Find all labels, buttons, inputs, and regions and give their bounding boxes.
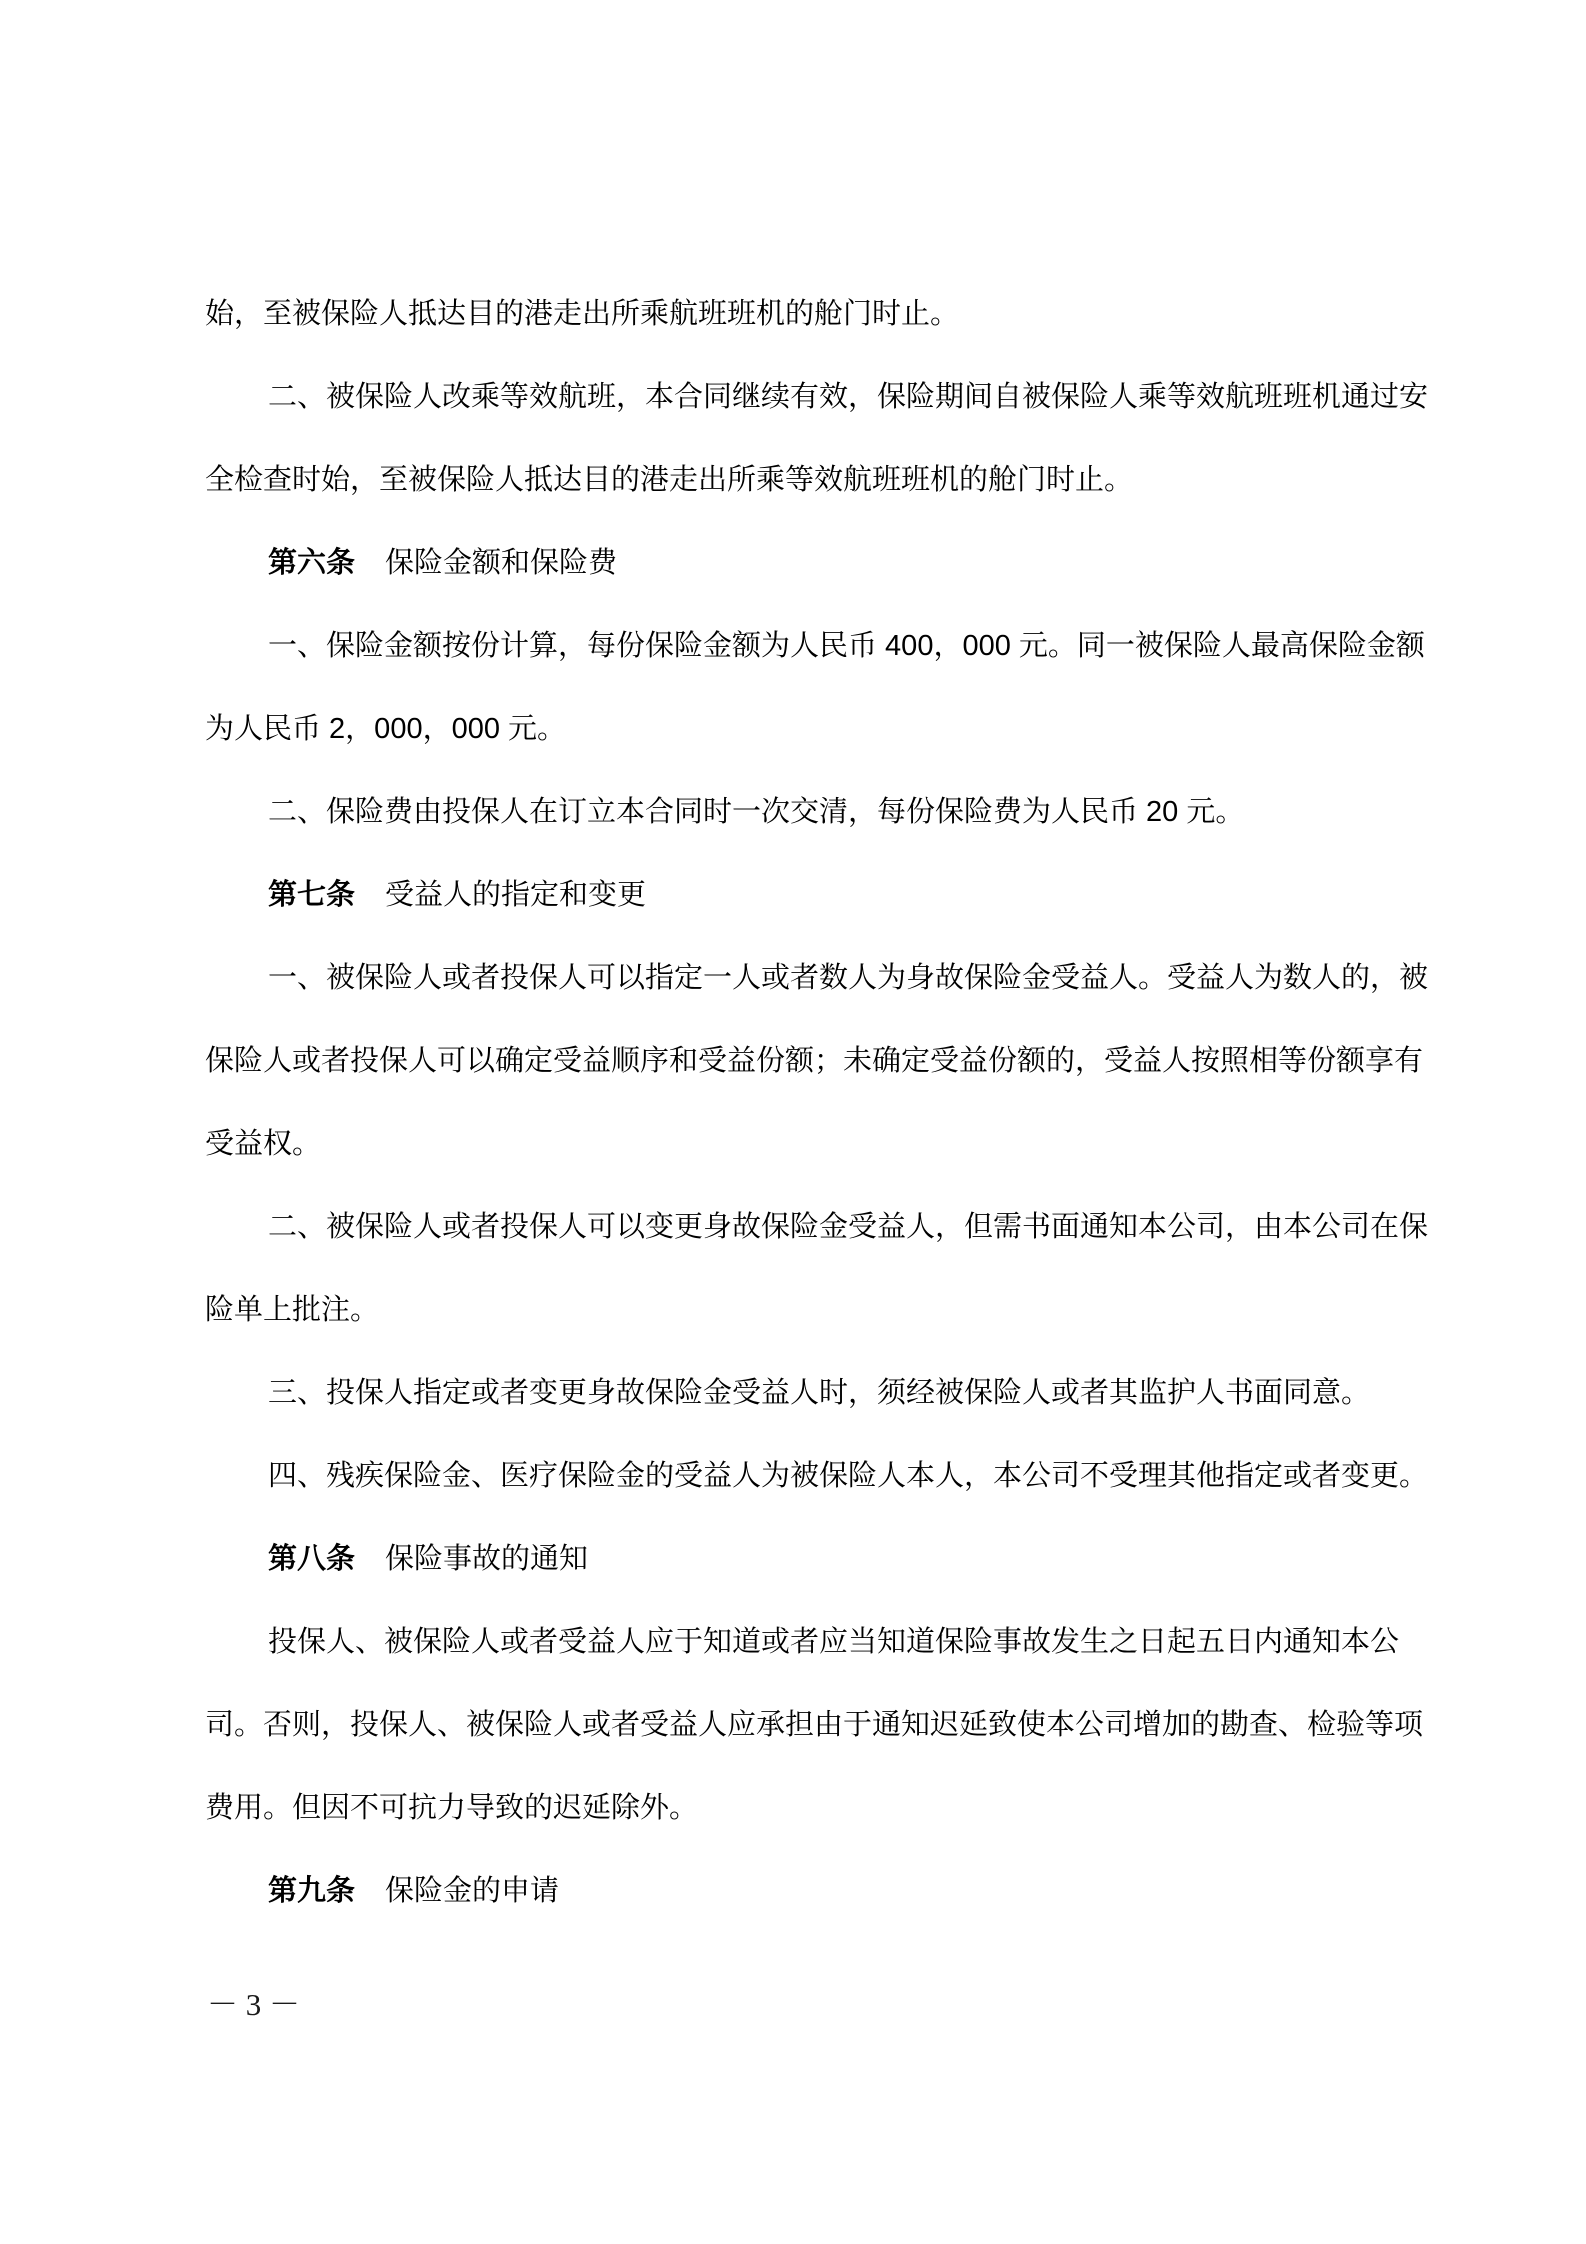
line-text: 受益权。 bbox=[205, 1128, 321, 1160]
text-line: 为人民币 2，000，000 元。 bbox=[205, 688, 1420, 771]
text-line: 二、被保险人改乘等效航班，本合同继续有效，保险期间自被保险人乘等效航班班机通过安 bbox=[205, 356, 1420, 439]
text-line: 费用。但因不可抗力导致的迟延除外。 bbox=[205, 1767, 1420, 1850]
line-text: 二、保险费由投保人在订立本合同时一次交清，每份保险费为人民币 20 元。 bbox=[268, 796, 1244, 828]
line-text: 保险人或者投保人可以确定受益顺序和受益份额；未确定受益份额的，受益人按照相等份额… bbox=[205, 1045, 1423, 1077]
line-text: 三、投保人指定或者变更身故保险金受益人时，须经被保险人或者其监护人书面同意。 bbox=[268, 1377, 1370, 1409]
text-line: 保险人或者投保人可以确定受益顺序和受益份额；未确定受益份额的，受益人按照相等份额… bbox=[205, 1020, 1420, 1103]
text-line: 投保人、被保险人或者受益人应于知道或者应当知道保险事故发生之日起五日内通知本公 bbox=[205, 1601, 1420, 1684]
line-text: 四、残疾保险金、医疗保险金的受益人为被保险人本人，本公司不受理其他指定或者变更。 bbox=[268, 1460, 1428, 1492]
article-title: 受益人的指定和变更 bbox=[385, 879, 646, 911]
text-line: 全检查时始，至被保险人抵达目的港走出所乘等效航班班机的舱门时止。 bbox=[205, 439, 1420, 522]
text-line: 险单上批注。 bbox=[205, 1269, 1420, 1352]
text-line: 一、保险金额按份计算，每份保险金额为人民币 400，000 元。同一被保险人最高… bbox=[205, 605, 1420, 688]
article-heading-line: 第六条保险金额和保险费 bbox=[205, 522, 1420, 605]
line-text: 全检查时始，至被保险人抵达目的港走出所乘等效航班班机的舱门时止。 bbox=[205, 464, 1133, 496]
line-text: 为人民币 2，000，000 元。 bbox=[205, 713, 566, 745]
line-text: 二、被保险人或者投保人可以变更身故保险金受益人，但需书面通知本公司，由本公司在保 bbox=[268, 1211, 1428, 1243]
text-line: 一、被保险人或者投保人可以指定一人或者数人为身故保险金受益人。受益人为数人的，被 bbox=[205, 937, 1420, 1020]
article-heading-line: 第七条受益人的指定和变更 bbox=[205, 854, 1420, 937]
line-text: 始，至被保险人抵达目的港走出所乘航班班机的舱门时止。 bbox=[205, 298, 959, 330]
article-heading-line: 第九条保险金的申请 bbox=[205, 1850, 1420, 1933]
article-heading-line: 第八条保险事故的通知 bbox=[205, 1518, 1420, 1601]
text-line: 四、残疾保险金、医疗保险金的受益人为被保险人本人，本公司不受理其他指定或者变更。 bbox=[205, 1435, 1420, 1518]
article-number-label: 第七条 bbox=[268, 879, 355, 911]
article-number-label: 第六条 bbox=[268, 547, 355, 579]
text-block: 始，至被保险人抵达目的港走出所乘航班班机的舱门时止。二、被保险人改乘等效航班，本… bbox=[205, 273, 1420, 1933]
line-text: 一、保险金额按份计算，每份保险金额为人民币 400，000 元。同一被保险人最高… bbox=[268, 630, 1425, 662]
article-title: 保险事故的通知 bbox=[385, 1543, 588, 1575]
text-line: 始，至被保险人抵达目的港走出所乘航班班机的舱门时止。 bbox=[205, 273, 1420, 356]
text-line: 三、投保人指定或者变更身故保险金受益人时，须经被保险人或者其监护人书面同意。 bbox=[205, 1352, 1420, 1435]
line-text: 费用。但因不可抗力导致的迟延除外。 bbox=[205, 1792, 698, 1824]
article-number-label: 第九条 bbox=[268, 1875, 355, 1907]
text-line: 受益权。 bbox=[205, 1103, 1420, 1186]
article-title: 保险金的申请 bbox=[385, 1875, 559, 1907]
article-title: 保险金额和保险费 bbox=[385, 547, 617, 579]
line-text: 一、被保险人或者投保人可以指定一人或者数人为身故保险金受益人。受益人为数人的，被 bbox=[268, 962, 1428, 994]
text-line: 二、被保险人或者投保人可以变更身故保险金受益人，但需书面通知本公司，由本公司在保 bbox=[205, 1186, 1420, 1269]
line-text: 司。否则，投保人、被保险人或者受益人应承担由于通知迟延致使本公司增加的勘查、检验… bbox=[205, 1709, 1423, 1741]
article-number-label: 第八条 bbox=[268, 1543, 355, 1575]
line-text: 投保人、被保险人或者受益人应于知道或者应当知道保险事故发生之日起五日内通知本公 bbox=[268, 1626, 1399, 1658]
text-line: 司。否则，投保人、被保险人或者受益人应承担由于通知迟延致使本公司增加的勘查、检验… bbox=[205, 1684, 1420, 1767]
document-page: 始，至被保险人抵达目的港走出所乘航班班机的舱门时止。二、被保险人改乘等效航班，本… bbox=[0, 0, 1586, 2244]
page-number: － 3 － bbox=[207, 1980, 300, 2030]
line-text: 险单上批注。 bbox=[205, 1294, 379, 1326]
text-line: 二、保险费由投保人在订立本合同时一次交清，每份保险费为人民币 20 元。 bbox=[205, 771, 1420, 854]
line-text: 二、被保险人改乘等效航班，本合同继续有效，保险期间自被保险人乘等效航班班机通过安 bbox=[268, 381, 1428, 413]
